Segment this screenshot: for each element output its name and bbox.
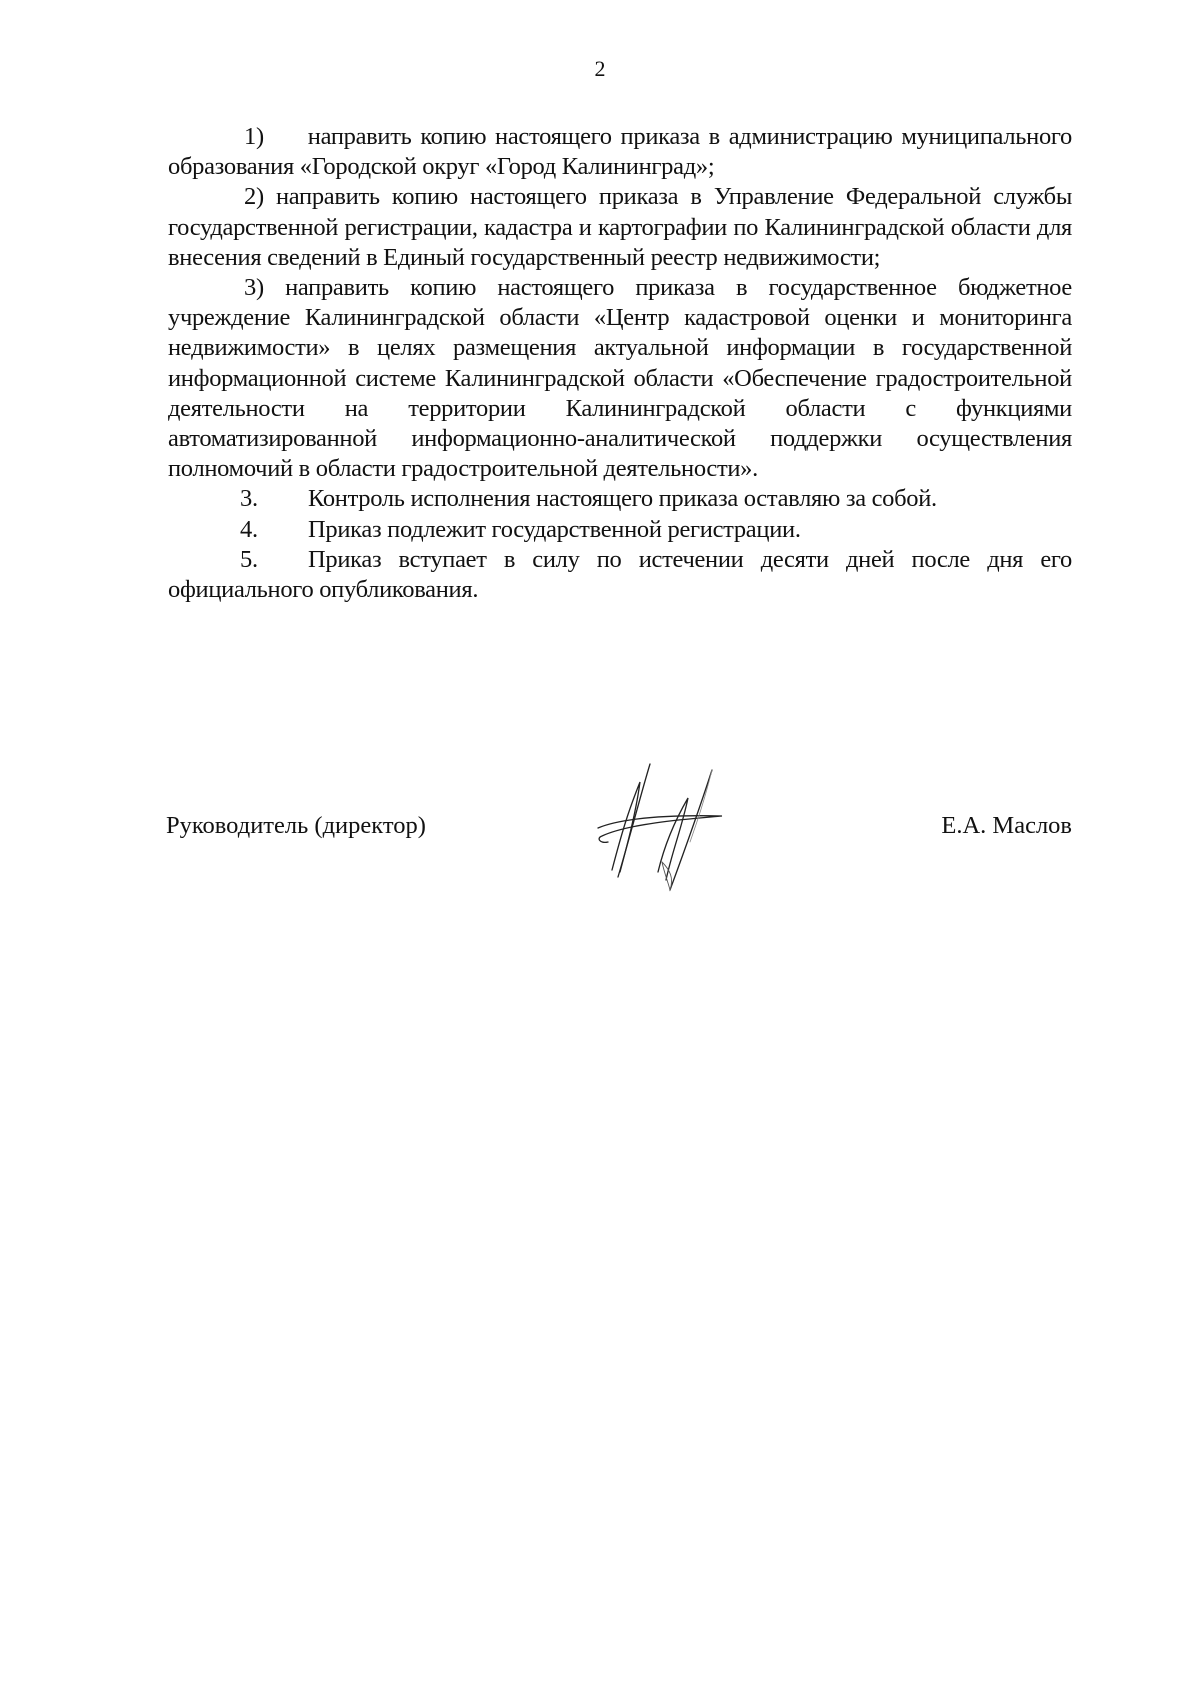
sub-item-marker: 3) bbox=[244, 274, 264, 301]
item-number: 3. bbox=[168, 484, 308, 514]
item-5-continuation: официального опубликования. bbox=[168, 575, 1072, 605]
sub-item-2: 2) направить копию настоящего приказа в … bbox=[168, 182, 1072, 273]
sub-item-text: направить копию настоящего приказа в адм… bbox=[168, 123, 1072, 180]
item-number: 5. bbox=[168, 545, 308, 575]
sub-item-text: направить копию настоящего приказа в гос… bbox=[168, 274, 1072, 482]
numbered-item-5: 5. Приказ вступает в силу по истечении д… bbox=[168, 545, 1072, 575]
item-text: Контроль исполнения настоящего приказа о… bbox=[308, 484, 1072, 514]
signatory-position: Руководитель (директор) bbox=[166, 812, 426, 840]
signatory-name: Е.А. Маслов bbox=[941, 812, 1072, 840]
sub-item-text: направить копию настоящего приказа в Упр… bbox=[168, 183, 1072, 270]
document-body: 1) направить копию настоящего приказа в … bbox=[168, 122, 1072, 605]
sub-item-3: 3) направить копию настоящего приказа в … bbox=[168, 273, 1072, 484]
item-text: Приказ вступает в силу по истечении деся… bbox=[308, 545, 1072, 575]
numbered-item-4: 4. Приказ подлежит государственной регис… bbox=[168, 515, 1072, 545]
sub-item-marker: 2) bbox=[244, 183, 264, 210]
sub-item-1: 1) направить копию настоящего приказа в … bbox=[168, 122, 1072, 182]
handwritten-signature-icon bbox=[592, 752, 742, 892]
sub-item-marker: 1) bbox=[244, 123, 264, 150]
page-number: 2 bbox=[0, 56, 1200, 82]
item-number: 4. bbox=[168, 515, 308, 545]
numbered-item-3: 3. Контроль исполнения настоящего приказ… bbox=[168, 484, 1072, 514]
item-text: Приказ подлежит государственной регистра… bbox=[308, 515, 1072, 545]
